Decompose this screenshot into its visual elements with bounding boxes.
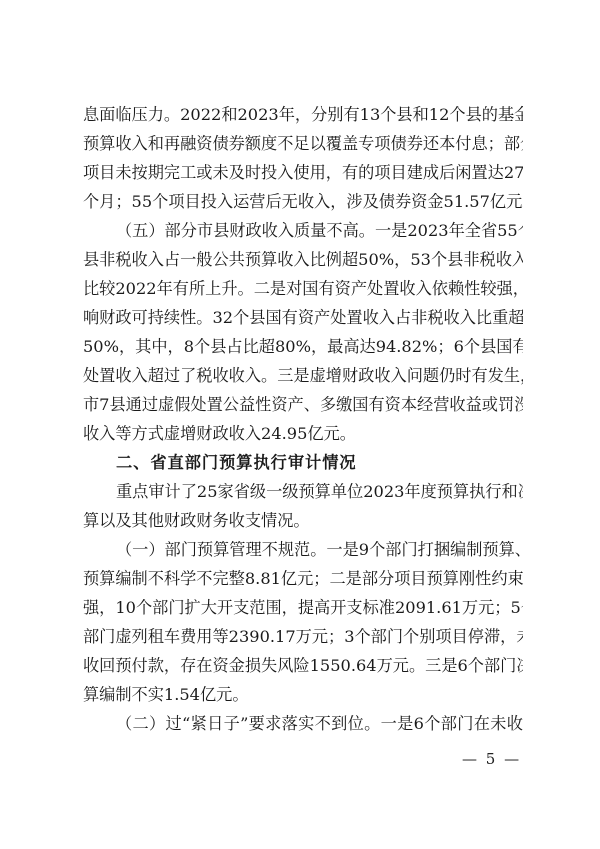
text-line: 强，10个部门扩大开支范围，提高开支标准2091.61万元；5个 xyxy=(83,593,523,622)
text-line: 算编制不实1.54亿元。 xyxy=(83,680,523,709)
text-line: 收回预付款，存在资金损失风险1550.64万元。三是6个部门决 xyxy=(83,651,523,680)
text-line: 项目未按期完工或未及时投入使用，有的项目建成后闲置达27 xyxy=(83,158,523,187)
page-number: — 5 — xyxy=(462,750,521,768)
text-line: 预算编制不科学不完整8.81亿元；二是部分项目预算刚性约束不 xyxy=(83,564,523,593)
text-line: 个月；55个项目投入运营后无收入，涉及债券资金51.57亿元。 xyxy=(83,187,523,216)
section-heading: 二、省直部门预算执行审计情况 xyxy=(83,448,523,477)
text-line: 比较2022年有所上升。二是对国有资产处置收入依赖性较强，影 xyxy=(83,274,523,303)
section-five-lead: （五）部分市县财政收入质量不高。一是2023年全省55个 xyxy=(83,216,523,245)
text-line: 息面临压力。2022和2023年，分别有13个县和12个县的基金 xyxy=(83,100,523,129)
subsection-two-lead: （二）过“紧日子”要求落实不到位。一是6个部门在未收 xyxy=(83,709,523,738)
text-line: 重点审计了25家省级一级预算单位2023年度预算执行和决 xyxy=(83,477,523,506)
text-line: 市7县通过虚假处置公益性资产、多缴国有资本经营收益或罚没 xyxy=(83,390,523,419)
text-line: 县非税收入占一般公共预算收入比例超50%，53个县非税收入占 xyxy=(83,245,523,274)
document-page: 息面临压力。2022和2023年，分别有13个县和12个县的基金 预算收入和再融… xyxy=(0,0,600,849)
subsection-one-lead: （一）部门预算管理不规范。一是9个部门打捆编制预算、 xyxy=(83,535,523,564)
body-text: 息面临压力。2022和2023年，分别有13个县和12个县的基金 预算收入和再融… xyxy=(83,100,523,738)
text-line: 部门虚列租车费用等2390.17万元；3个部门个别项目停滞，未 xyxy=(83,622,523,651)
text-line: 预算收入和再融资债券额度不足以覆盖专项债券还本付息；部分 xyxy=(83,129,523,158)
text-line: 50%，其中，8个县占比超80%，最高达94.82%；6个县国有资产 xyxy=(83,332,523,361)
text-line: 处置收入超过了税收收入。三是虚增财政收入问题仍时有发生，1 xyxy=(83,361,523,390)
text-line: 算以及其他财政财务收支情况。 xyxy=(83,506,523,535)
text-line: 收入等方式虚增财政收入24.95亿元。 xyxy=(83,419,523,448)
text-line: 响财政可持续性。32个县国有资产处置收入占非税收入比重超 xyxy=(83,303,523,332)
